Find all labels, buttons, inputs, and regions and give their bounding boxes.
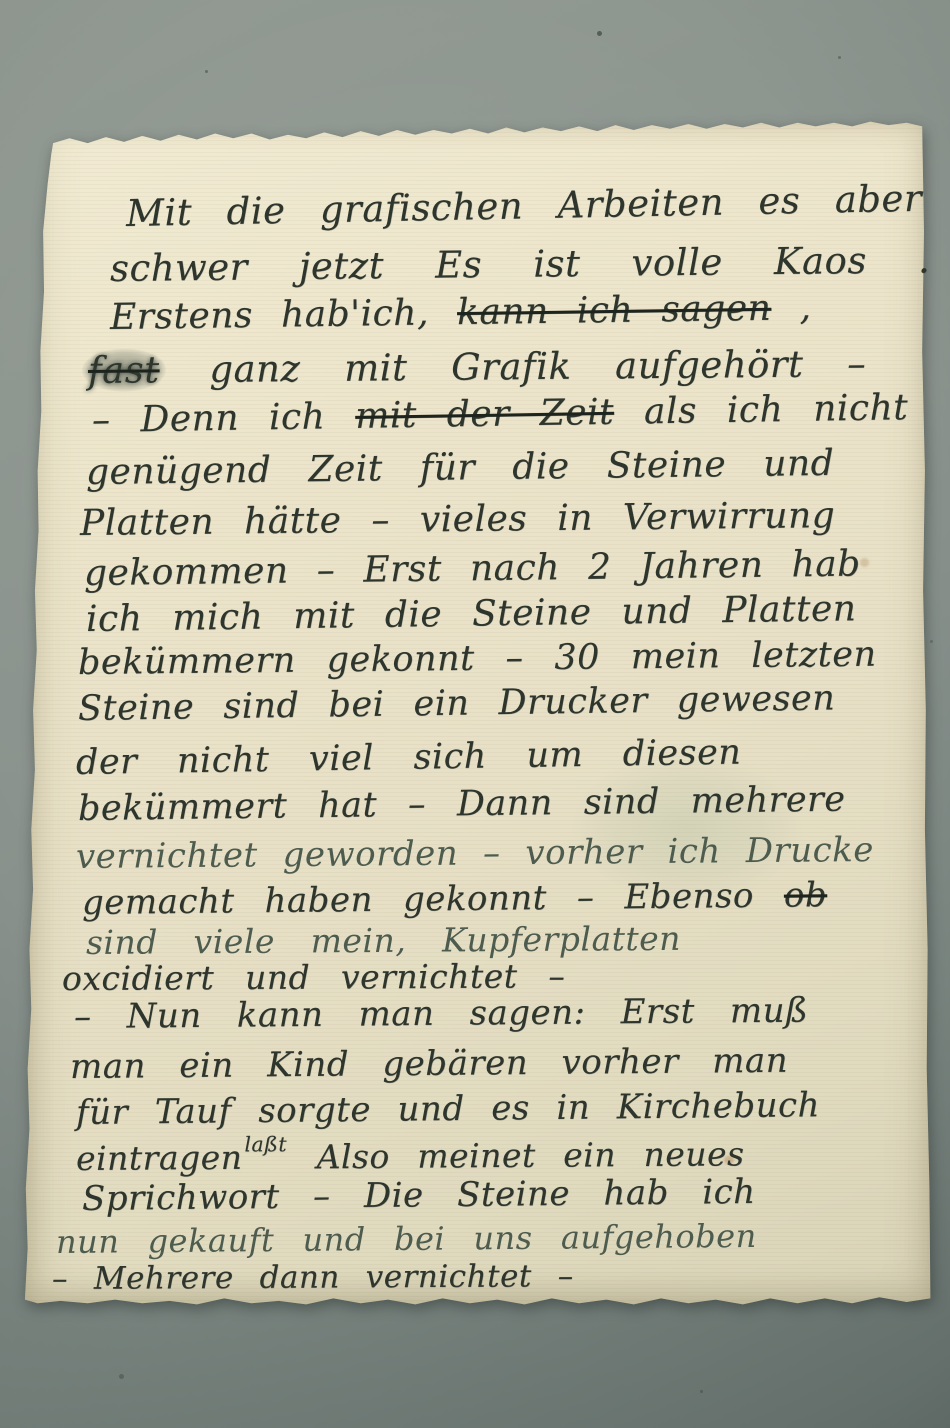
line-text: – Denn ich bbox=[92, 396, 356, 441]
line-text: schwer jetzt Es ist volle Kaos . bbox=[110, 238, 931, 290]
struck-smudged-text: fast bbox=[82, 348, 166, 392]
line-text: Platten hätte – vieles in Verwirrung bbox=[80, 495, 836, 544]
line-text: Also meinet ein neues bbox=[289, 1134, 745, 1176]
foxing-spot bbox=[860, 558, 869, 567]
line-text: eintragen bbox=[76, 1138, 243, 1178]
handwriting-line: für Tauf sorgte und es in Kirchebuch bbox=[76, 1085, 820, 1133]
line-text: ganz mit Grafik aufgehört – bbox=[165, 342, 866, 391]
struck-text: mit der Zeit bbox=[355, 392, 614, 437]
line-text: man ein Kind gebären vorher man bbox=[70, 1041, 788, 1087]
handwriting-line: – Mehrere dann vernichtet – bbox=[52, 1258, 574, 1297]
line-text: bekümmern gekonnt – 30 mein letzten bbox=[78, 635, 877, 683]
handwriting-line: schwer jetzt Es ist volle Kaos . bbox=[110, 238, 931, 290]
handwriting-line: vernichtet geworden – vorher ich Drucke bbox=[76, 830, 874, 877]
dust-specks bbox=[0, 0, 3, 3]
handwriting-line: oxcidiert und vernichtet – bbox=[62, 956, 566, 998]
line-text: für Tauf sorgte und es in Kirchebuch bbox=[76, 1085, 820, 1133]
handwriting-line: gemacht haben gekonnt – Ebenso ob bbox=[82, 875, 828, 923]
line-text: – Nun kann man sagen: Erst muß bbox=[74, 991, 809, 1037]
handwriting-line: bekümmern gekonnt – 30 mein letzten bbox=[78, 635, 877, 683]
line-text: als ich nicht bbox=[614, 387, 909, 433]
handwriting-line: nun gekauft und bei uns aufgehoben bbox=[56, 1217, 757, 1261]
handwriting-line: eintragenlaßt Also meinet ein neues bbox=[76, 1134, 745, 1178]
line-text: vernichtet geworden – vorher ich Drucke bbox=[76, 830, 874, 877]
struck-text: kann ich sagen bbox=[457, 288, 772, 333]
line-text: Erstens hab'ich, bbox=[110, 292, 458, 338]
line-text: gemacht haben gekonnt – Ebenso bbox=[82, 876, 784, 923]
inserted-word-lasst: laßt bbox=[244, 1132, 287, 1156]
handwriting-line: man ein Kind gebären vorher man bbox=[70, 1041, 788, 1087]
line-text: nun gekauft und bei uns aufgehoben bbox=[56, 1217, 757, 1261]
line-text: oxcidiert und vernichtet – bbox=[62, 956, 566, 998]
line-text: , bbox=[771, 287, 812, 329]
handwriting-line: Platten hätte – vieles in Verwirrung bbox=[80, 495, 836, 544]
line-text: Sprichwort – Die Steine hab ich bbox=[82, 1172, 756, 1219]
line-text: sind viele mein, Kupferplatten bbox=[86, 919, 681, 962]
photographed-letter-scene: Mit die grafischen Arbeiten es aber schw… bbox=[0, 0, 950, 1428]
handwriting-line: Sprichwort – Die Steine hab ich bbox=[82, 1172, 756, 1219]
handwriting-line: fast ganz mit Grafik aufgehört – bbox=[82, 342, 866, 392]
line-text: – Mehrere dann vernichtet – bbox=[52, 1258, 574, 1297]
struck-text: ob bbox=[784, 875, 828, 915]
handwriting-line: sind viele mein, Kupferplatten bbox=[86, 919, 681, 962]
handwriting-line: – Nun kann man sagen: Erst muß bbox=[74, 991, 809, 1037]
foxing-spot bbox=[120, 1364, 134, 1370]
